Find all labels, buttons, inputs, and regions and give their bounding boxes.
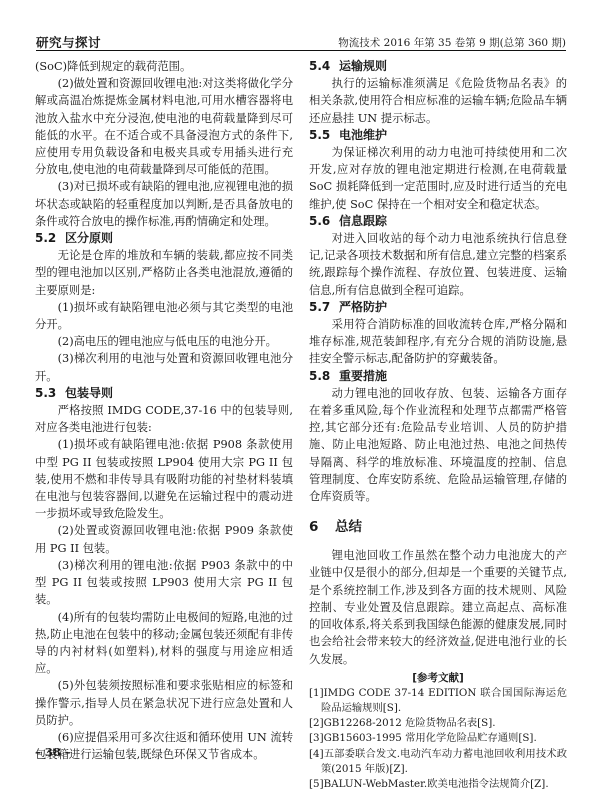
list-item: (5)外包装须按照标准和要求张贴相应的标签和操作警示,指导人员在紧急状况下进行应… [35,677,293,729]
paragraph: 为保证梯次利用的动力电池可持续使用和二次开发,应对存放的锂电池定期进行检测,在电… [309,144,567,213]
paragraph: 采用符合消防标准的回收流转仓库,严格分隔和堆存标准,规范装卸程序,有充分合规的消… [309,316,567,368]
section-number: 5.7 [309,299,339,316]
running-header-section: 研究与探讨 [36,33,101,51]
page-number: – 38 – [35,745,71,759]
section-number: 6 [309,517,335,537]
running-header-journal: 物流技术 2016 年第 35 卷第 9 期(总第 360 期) [338,35,566,50]
section-number: 5.4 [309,58,339,75]
section-number: 5.2 [35,230,65,247]
paragraph: 锂电池回收工作虽然在整个动力电池庞大的产业链中仅是很小的部分,但却是一个重要的关… [309,547,567,667]
paragraph: (3)对已损坏或有缺陷的锂电池,应视锂电池的损坏状态或缺陷的轻重程度加以判断,是… [35,178,293,230]
section-title: 严格防护 [339,300,387,314]
list-item: (1)损坏或有缺陷锂电池:依据 P908 条款使用中型 PG II 包装或按照 … [35,436,293,522]
right-column: 5.4运输规则 执行的运输标准须满足《危险货物品名表》的相关条款,使用符合相应标… [309,58,567,792]
section-title: 信息跟踪 [339,214,387,228]
section-heading-5-4: 5.4运输规则 [309,58,567,75]
paragraph: (SoC)降低到规定的载荷范围。 [35,58,293,75]
reference-item: [3]GB15603-1995 常用化学危险品贮存通则[S]. [309,731,567,746]
list-item: (1)损坏或有缺陷锂电池必须与其它类型的电池分开。 [35,299,293,333]
left-column: (SoC)降低到规定的载荷范围。 (2)做处置和资源回收锂电池:对这类将做化学分… [35,58,293,763]
section-title: 包装导则 [65,386,113,400]
section-title: 总结 [335,519,362,535]
section-title: 区分原则 [65,231,113,245]
references-heading: [参考文献] [309,670,567,686]
section-title: 电池维护 [339,128,387,142]
section-heading-5-3: 5.3包装导则 [35,385,293,402]
reference-item: [5]BALUN-WebMaster.欧美电池指令法规简介[Z]. [309,777,567,792]
reference-item: [1]IMDG CODE 37-14 EDITION 联合国国际海运危险品运输规… [309,686,567,716]
paragraph: 动力锂电池的回收存放、包装、运输各方面存在着多重风险,每个作业流程和处理节点都需… [309,385,567,505]
list-item: (6)应提倡采用可多次往返和循环使用 UN 流转包装箱进行运输包装,既绿色环保又… [35,729,293,763]
section-heading-5-7: 5.7严格防护 [309,299,567,316]
section-heading-5-6: 5.6信息跟踪 [309,213,567,230]
section-heading-5-2: 5.2区分原则 [35,230,293,247]
section-number: 5.3 [35,385,65,402]
paragraph: 严格按照 IMDG CODE,37-16 中的包装导则,对应各类电池进行包装: [35,402,293,436]
section-title: 重要措施 [339,369,387,383]
paragraph: (2)做处置和资源回收锂电池:对这类将做化学分解或高温冶炼提炼金属材料电池,可用… [35,75,293,178]
section-number: 5.8 [309,368,339,385]
paragraph: 无论是仓库的堆放和车辆的装载,都应按不同类型的锂电池加以区别,严格防止各类电池混… [35,247,293,299]
list-item: (2)高电压的锂电池应与低电压的电池分开。 [35,333,293,350]
section-number: 5.6 [309,213,339,230]
section-heading-5-5: 5.5电池维护 [309,127,567,144]
section-number: 5.5 [309,127,339,144]
list-item: (3)梯次利用的锂电池:依据 P903 条款中的中型 PG II 包装或按照 L… [35,557,293,609]
section-title: 运输规则 [339,59,387,73]
header-rule [36,50,566,51]
list-item: (3)梯次利用的电池与处置和资源回收锂电池分开。 [35,350,293,384]
section-heading-5-8: 5.8重要措施 [309,368,567,385]
list-item: (4)所有的包装均需防止电极间的短路,电池的过热,防止电池在包装中的移动;金属包… [35,609,293,678]
reference-item: [4]五部委联合发文.电动汽车动力蓄电池回收利用技术政策(2015 年版)[Z]… [309,747,567,777]
list-item: (2)处置或资源回收锂电池:依据 P909 条款使用 PG II 包装。 [35,522,293,556]
paragraph: 对进入回收站的每个动力电池系统执行信息登记,记录各项技术数据和所有信息,建立完整… [309,230,567,299]
section-heading-6: 6总结 [309,517,567,537]
reference-item: [2]GB12268-2012 危险货物品名表[S]. [309,716,567,731]
paragraph: 执行的运输标准须满足《危险货物品名表》的相关条款,使用符合相应标准的运输车辆;危… [309,75,567,127]
